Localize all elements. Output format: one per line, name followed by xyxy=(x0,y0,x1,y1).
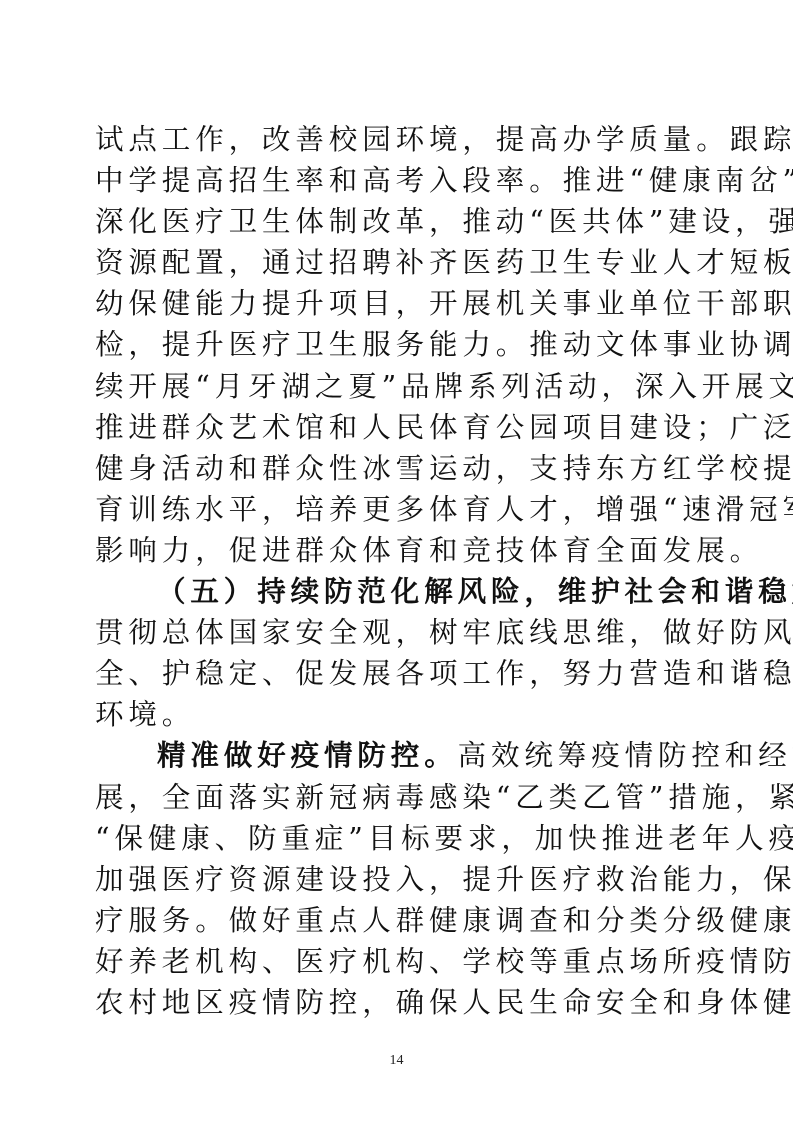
text-line: 农村地区疫情防控，确保人民生命安全和身体健康。 xyxy=(95,982,699,1023)
text-line: 育训练水平，培养更多体育人才，增强“速滑冠军摇篮” xyxy=(95,489,699,530)
page-number: 14 xyxy=(0,1053,793,1069)
text-run: 高效统筹疫情防控和经济社会发 xyxy=(458,739,793,772)
document-body: 试点工作，改善校园环境，提高办学质量。跟踪督促高级 中学提高招生率和高考入段率。… xyxy=(95,119,699,1023)
text-line: 资源配置，通过招聘补齐医药卫生专业人才短板，实施妇 xyxy=(95,242,699,283)
text-line: 中学提高招生率和高考入段率。推进“健康南岔”建设， xyxy=(95,160,699,201)
paragraph-culture-health: 试点工作，改善校园环境，提高办学质量。跟踪督促高级 中学提高招生率和高考入段率。… xyxy=(95,119,699,571)
text-line: 检，提升医疗卫生服务能力。推动文体事业协调发展，持 xyxy=(95,324,699,365)
text-line: 疗服务。做好重点人群健康调查和分类分级健康服务，抓 xyxy=(95,900,699,941)
text-line: 精准做好疫情防控。高效统筹疫情防控和经济社会发 xyxy=(95,735,699,776)
paragraph-epidemic-control: 精准做好疫情防控。高效统筹疫情防控和经济社会发 展，全面落实新冠病毒感染“乙类乙… xyxy=(95,735,699,1023)
text-line: 推进群众艺术馆和人民体育公园项目建设；广泛开展全民 xyxy=(95,407,699,448)
text-line: 加强医疗资源建设投入，提升医疗救治能力，保障基本医 xyxy=(95,859,699,900)
text-line: 试点工作，改善校园环境，提高办学质量。跟踪督促高级 xyxy=(95,119,699,160)
text-line: 续开展“月牙湖之夏”品牌系列活动，深入开展文化下乡， xyxy=(95,366,699,407)
text-line: 影响力，促进群众体育和竞技体育全面发展。 xyxy=(95,530,699,571)
text-line: 展，全面落实新冠病毒感染“乙类乙管”措施，紧紧围绕 xyxy=(95,777,699,818)
text-line: 深化医疗卫生体制改革，推动“医共体”建设，强化医疗 xyxy=(95,201,699,242)
text-line: 幼保健能力提升项目，开展机关事业单位干部职工健康体 xyxy=(95,283,699,324)
text-line: 健身活动和群众性冰雪运动，支持东方红学校提高速滑教 xyxy=(95,448,699,489)
document-page: 试点工作，改善校园环境，提高办学质量。跟踪督促高级 中学提高招生率和高考入段率。… xyxy=(0,0,793,1122)
subsection-heading: 精准做好疫情防控。 xyxy=(157,739,458,772)
text-line: 环境。 xyxy=(95,694,699,735)
text-line: 贯彻总体国家安全观，树牢底线思维，做好防风险、保安 xyxy=(95,612,699,653)
text-line: （五）持续防范化解风险，维护社会和谐稳定。深入 xyxy=(95,571,699,612)
paragraph-risk-prevention: （五）持续防范化解风险，维护社会和谐稳定。深入 贯彻总体国家安全观，树牢底线思维… xyxy=(95,571,699,735)
text-line: 全、护稳定、促发展各项工作，努力营造和谐稳定的社会 xyxy=(95,653,699,694)
section-heading: （五）持续防范化解风险，维护社会和谐稳定。 xyxy=(157,575,793,608)
text-line: “保健康、防重症”目标要求，加快推进老年人疫苗接种， xyxy=(95,818,699,859)
text-line: 好养老机构、医疗机构、学校等重点场所疫情防控，加强 xyxy=(95,941,699,982)
